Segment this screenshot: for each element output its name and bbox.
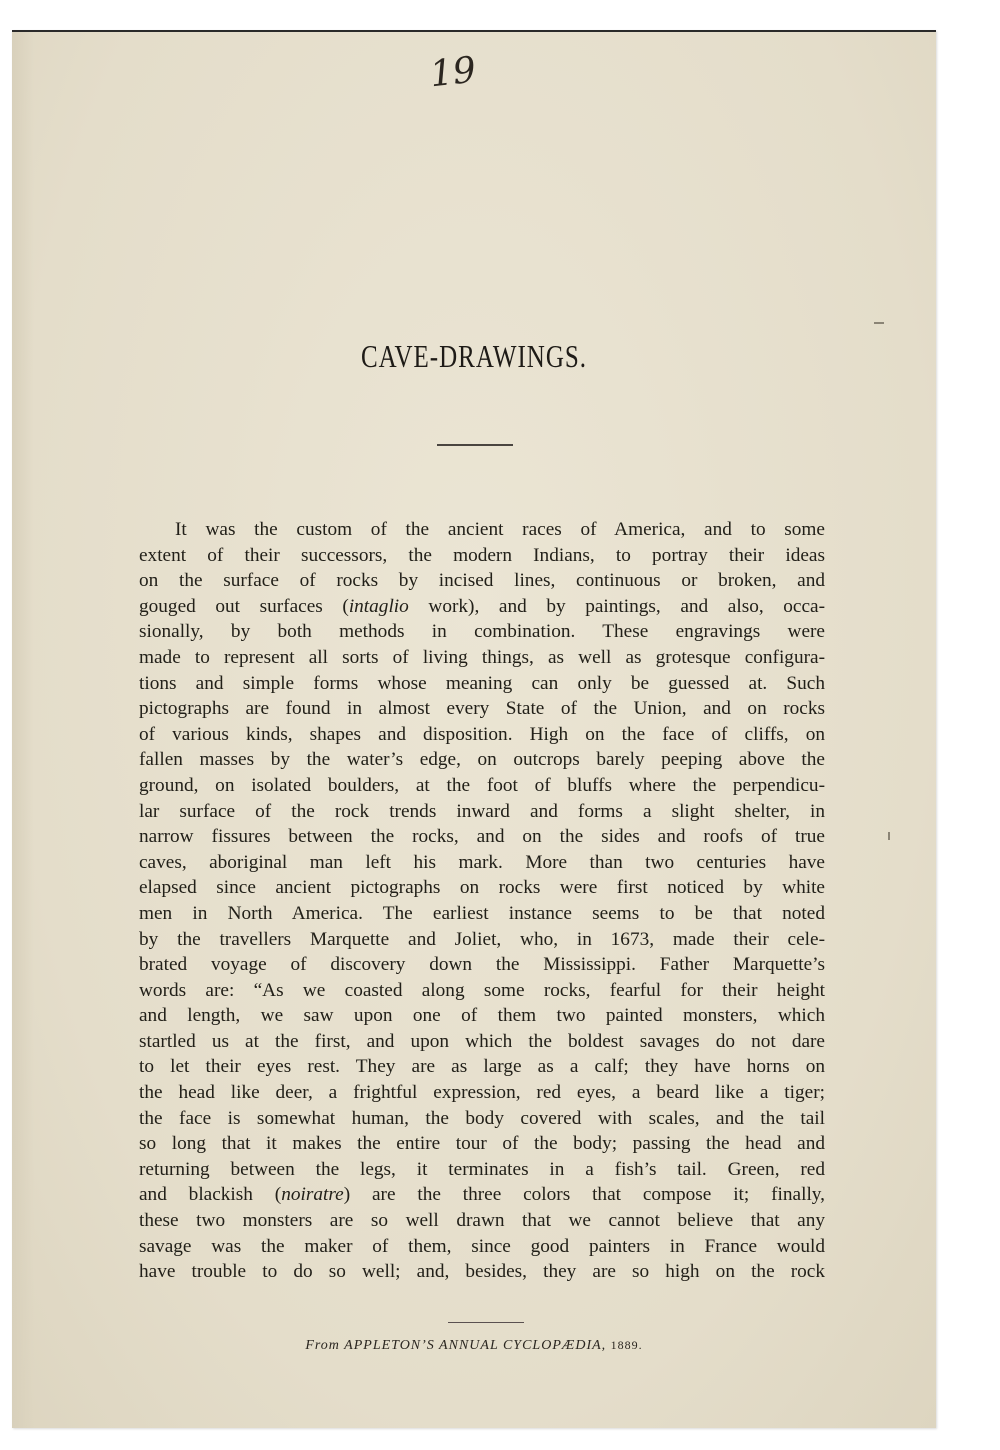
body-line: and length, we saw upon one of them two … <box>139 1003 825 1029</box>
body-line: returning between the legs, it terminate… <box>139 1157 825 1183</box>
paper-speck <box>888 832 890 840</box>
title-divider <box>437 444 513 446</box>
body-line: so long that it makes the entire tour of… <box>139 1131 825 1157</box>
body-line: narrow fissures between the rocks, and o… <box>139 824 825 850</box>
body-line: lar surface of the rock trends inward an… <box>139 799 825 825</box>
source-credit: From APPLETON’S ANNUAL CYCLOPÆDIA, 1889. <box>12 1338 936 1354</box>
body-line: It was the custom of the ancient races o… <box>139 517 825 543</box>
italic-term: intaglio <box>349 596 409 617</box>
body-line: and blackish (noiratre) are the three co… <box>139 1182 825 1208</box>
body-line: sionally, by both methods in combination… <box>139 619 825 645</box>
body-line: brated voyage of discovery down the Miss… <box>139 952 825 978</box>
body-line: pictographs are found in almost every St… <box>139 696 825 722</box>
page-title: CAVE-DRAWINGS. <box>12 341 936 376</box>
body-line: of various kinds, shapes and disposition… <box>139 722 825 748</box>
body-line: ground, on isolated boulders, at the foo… <box>139 773 825 799</box>
body-line: men in North America. The earliest insta… <box>139 901 825 927</box>
credit-text: From APPLETON’S ANNUAL CYCLOPÆDIA, <box>305 1338 606 1353</box>
body-line: the head like deer, a frightful expressi… <box>139 1080 825 1106</box>
body-line: to let their eyes rest. They are as larg… <box>139 1054 825 1080</box>
body-line: the face is somewhat human, the body cov… <box>139 1106 825 1132</box>
body-line: words are: “As we coasted along some roc… <box>139 978 825 1004</box>
body-line: fallen masses by the water’s edge, on ou… <box>139 747 825 773</box>
credit-year: 1889. <box>611 1338 643 1352</box>
body-line: savage was the maker of them, since good… <box>139 1234 825 1260</box>
body-text: It was the custom of the ancient races o… <box>139 517 825 1285</box>
paper-speck <box>874 322 884 324</box>
body-line: these two monsters are so well drawn tha… <box>139 1208 825 1234</box>
body-line: caves, aboriginal man left his mark. Mor… <box>139 850 825 876</box>
body-line: elapsed since ancient pictographs on roc… <box>139 875 825 901</box>
italic-term: noiratre <box>281 1184 344 1205</box>
document-page: 19 CAVE-DRAWINGS. It was the custom of t… <box>12 30 936 1428</box>
body-line: on the surface of rocks by incised lines… <box>139 568 825 594</box>
body-line: made to represent all sorts of living th… <box>139 645 825 671</box>
handwritten-page-number: 19 <box>428 50 478 96</box>
body-line: have trouble to do so well; and, besides… <box>139 1259 825 1285</box>
body-line: startled us at the first, and upon which… <box>139 1029 825 1055</box>
body-line: by the travellers Marquette and Joliet, … <box>139 927 825 953</box>
footer-divider <box>448 1322 524 1323</box>
body-line: extent of their successors, the modern I… <box>139 543 825 569</box>
body-line: tions and simple forms whose meaning can… <box>139 671 825 697</box>
body-line: gouged out surfaces (intaglio work), and… <box>139 594 825 620</box>
